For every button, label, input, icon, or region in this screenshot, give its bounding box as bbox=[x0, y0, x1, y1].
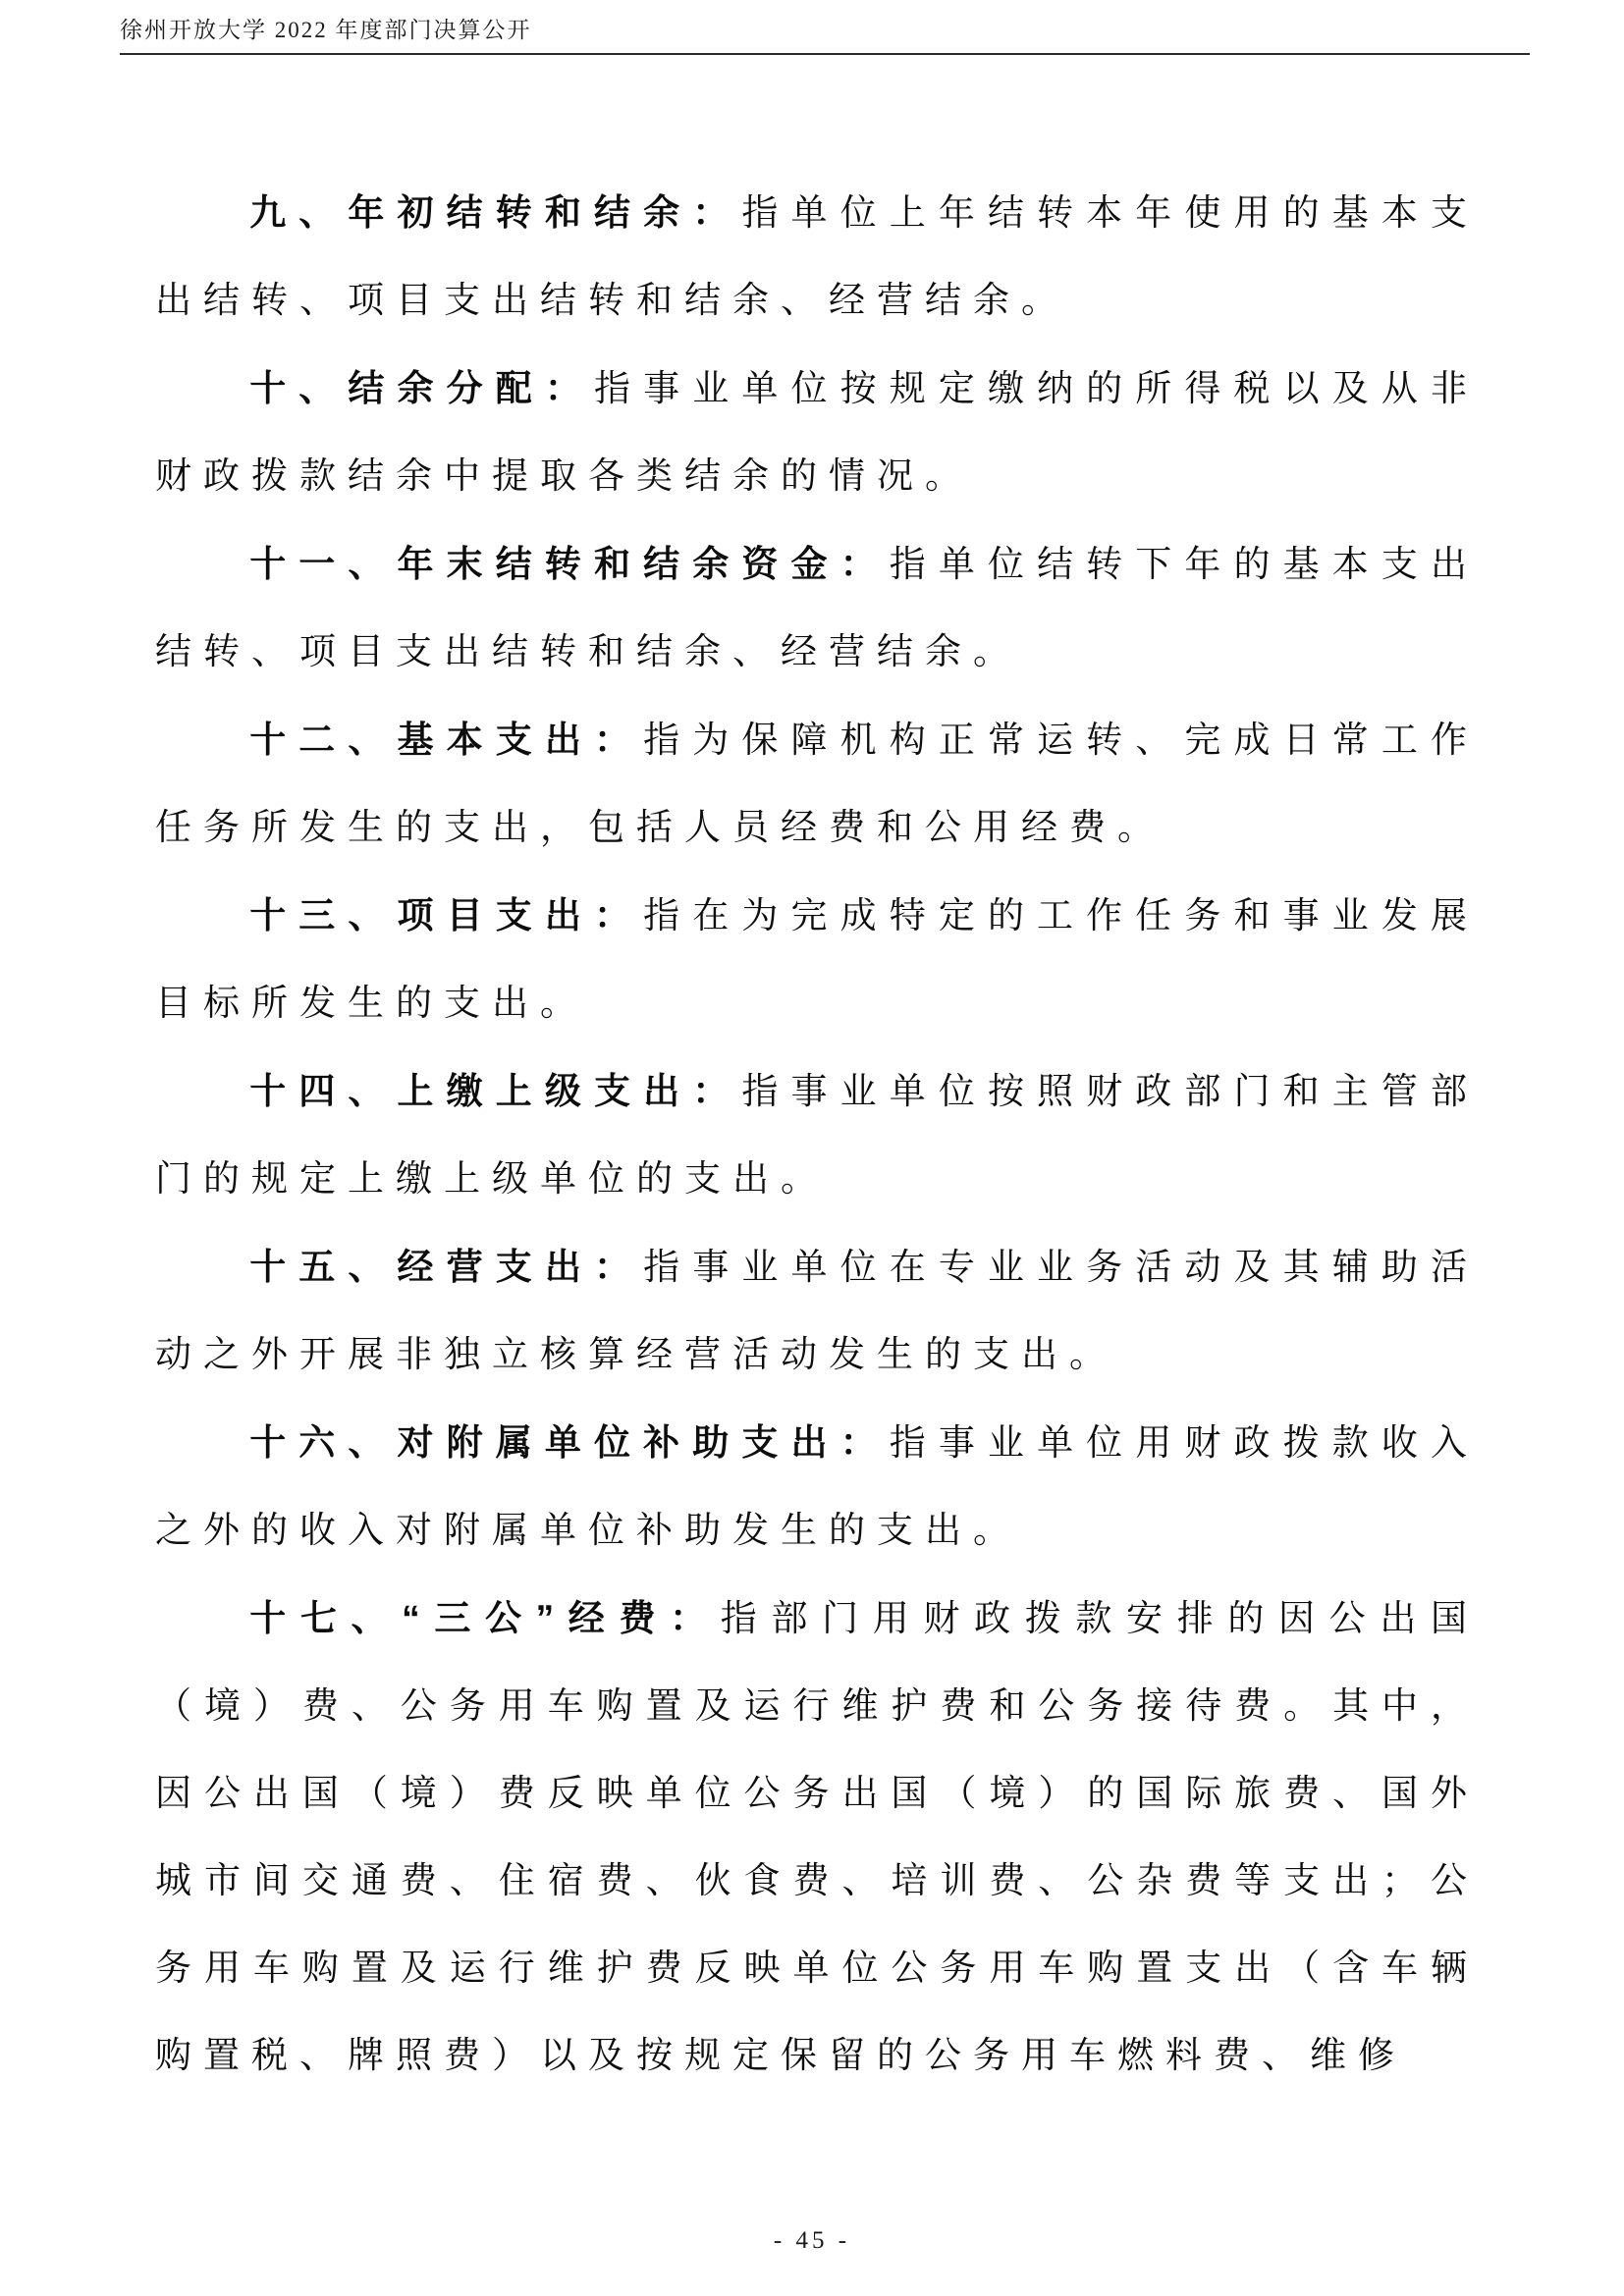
term-definition: 指部门用财政拨款安排的因公出国（境）费、公务用车购置及运行维护费和公务接待费。其… bbox=[155, 1599, 1479, 2076]
term-label: 十、结余分配： bbox=[249, 368, 594, 408]
paragraph-10: 十、结余分配：指事业单位按规定缴纳的所得税以及从非财政拨款结余中提取各类结余的情… bbox=[155, 345, 1479, 520]
document-page: 徐州开放大学 2022 年度部门决算公开 九、年初结转和结余：指单位上年结转本年… bbox=[0, 0, 1624, 2296]
term-label: 十五、经营支出： bbox=[249, 1247, 643, 1287]
paragraph-15: 十五、经营支出：指事业单位在专业业务活动及其辅助活动之外开展非独立核算经营活动发… bbox=[155, 1223, 1479, 1399]
term-label: 十四、上缴上级支出： bbox=[249, 1071, 741, 1111]
paragraph-13: 十三、项目支出：指在为完成特定的工作任务和事业发展目标所发生的支出。 bbox=[155, 872, 1479, 1047]
term-label: 十七、“三公”经费： bbox=[249, 1598, 721, 1638]
paragraph-16: 十六、对附属单位补助支出：指事业单位用财政拨款收入之外的收入对附属单位补助发生的… bbox=[155, 1399, 1479, 1575]
page-number: - 45 - bbox=[774, 2227, 850, 2254]
paragraph-14: 十四、上缴上级支出：指事业单位按照财政部门和主管部门的规定上缴上级单位的支出。 bbox=[155, 1047, 1479, 1223]
paragraph-17: 十七、“三公”经费：指部门用财政拨款安排的因公出国（境）费、公务用车购置及运行维… bbox=[155, 1575, 1479, 2100]
term-label: 十三、项目支出： bbox=[249, 895, 643, 935]
paragraph-11: 十一、年末结转和结余资金：指单位结转下年的基本支出结转、项目支出结转和结余、经营… bbox=[155, 520, 1479, 696]
page-header: 徐州开放大学 2022 年度部门决算公开 bbox=[120, 12, 1530, 55]
term-label: 十二、基本支出： bbox=[249, 720, 643, 760]
paragraph-12: 十二、基本支出：指为保障机构正常运转、完成日常工作任务所发生的支出，包括人员经费… bbox=[155, 696, 1479, 872]
term-label: 十一、年末结转和结余资金： bbox=[249, 544, 890, 584]
header-title: 徐州开放大学 2022 年度部门决算公开 bbox=[120, 12, 1530, 53]
document-body: 九、年初结转和结余：指单位上年结转本年使用的基本支出结转、项目支出结转和结余、经… bbox=[155, 169, 1479, 2100]
term-label: 九、年初结转和结余： bbox=[249, 192, 741, 233]
term-label: 十六、对附属单位补助支出： bbox=[249, 1422, 890, 1463]
header-divider bbox=[120, 53, 1530, 55]
page-footer: - 45 - bbox=[0, 2227, 1624, 2255]
paragraph-9: 九、年初结转和结余：指单位上年结转本年使用的基本支出结转、项目支出结转和结余、经… bbox=[155, 169, 1479, 345]
